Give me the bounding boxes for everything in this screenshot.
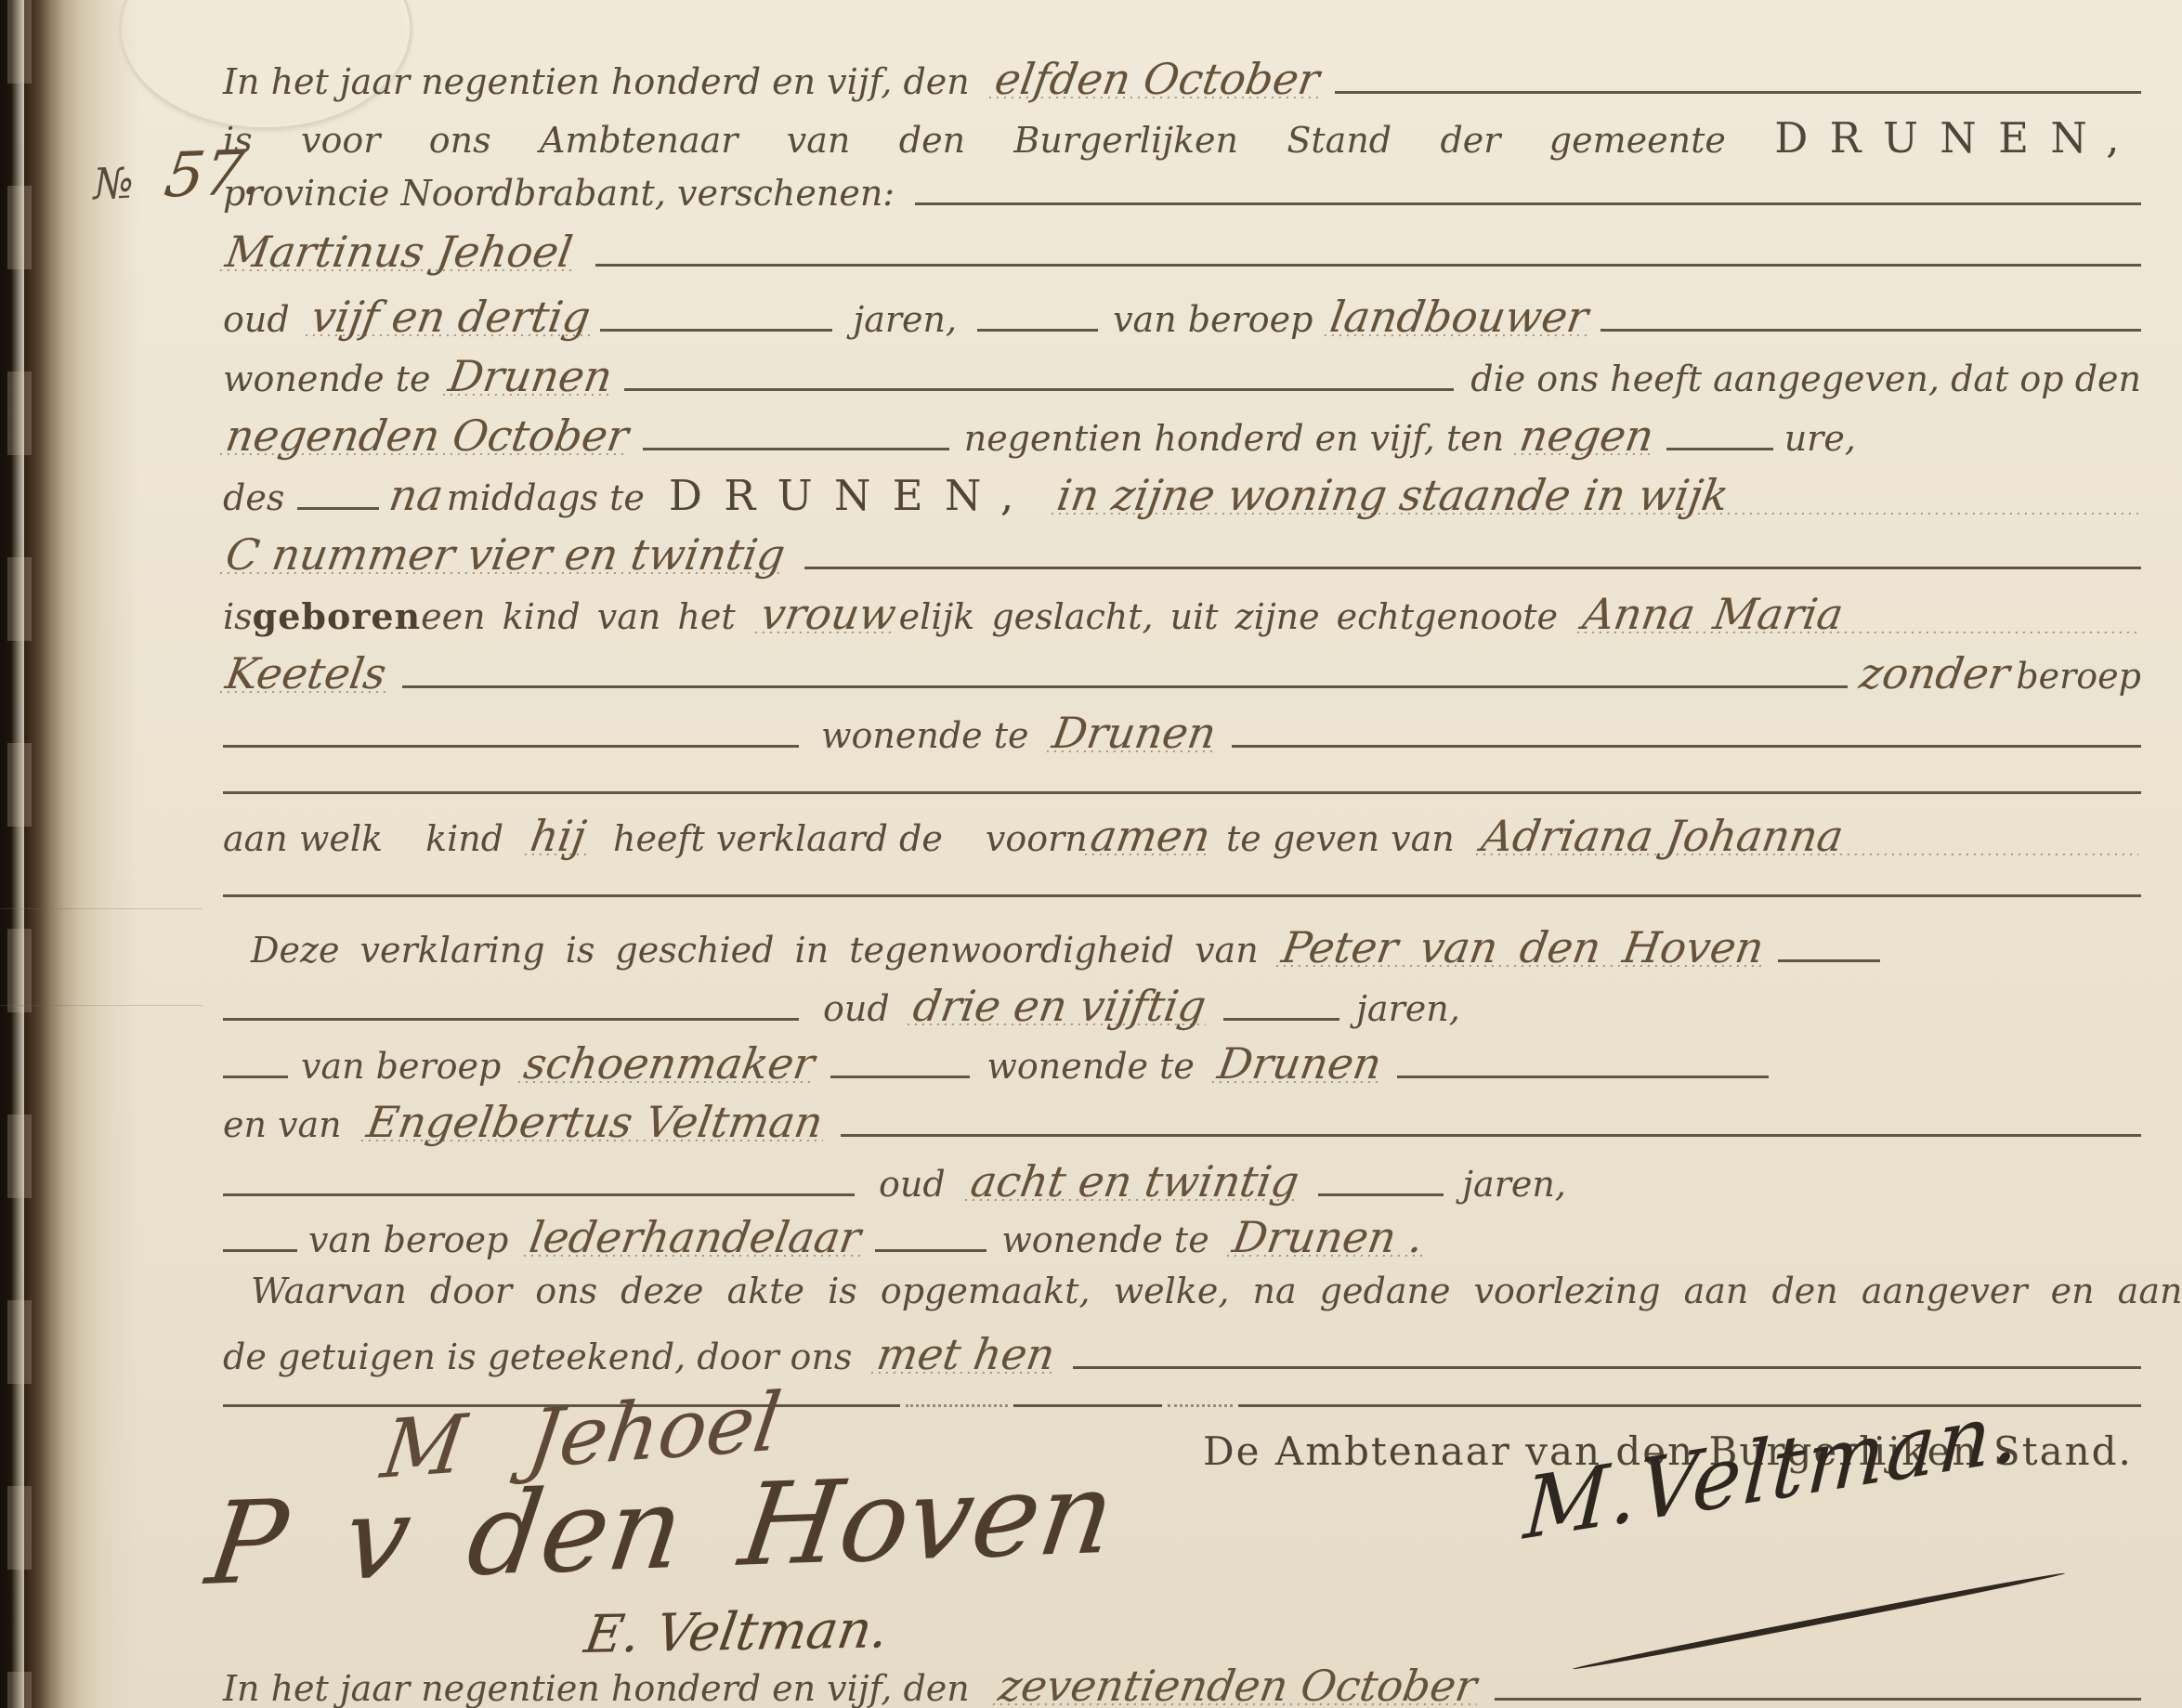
printed-text: des (223, 477, 284, 518)
handwritten-text: zonder (1852, 648, 2016, 698)
printed-text: oud (223, 299, 290, 340)
dotted-rule (906, 1404, 1008, 1407)
paper-edge-texture (7, 0, 32, 1708)
handwritten-text: vrouw (753, 589, 903, 639)
handwritten-text: Drunen (1211, 1038, 1389, 1089)
rule-line (915, 202, 2141, 205)
printed-text: wonende te (1001, 1219, 1209, 1260)
printed-text: voorn (986, 818, 1088, 859)
printed-text: ons (429, 120, 491, 161)
printed-text: beroep (2016, 656, 2141, 697)
act-line-11: Keetelszonderberoep (223, 648, 2141, 698)
act-line-14: aan welkkindhijheeft verklaard devoornam… (223, 811, 2141, 861)
act-line-6: wonende teDrunendie ons heeft aangegeven… (223, 351, 2141, 401)
act-line-17: ouddrie en vijftigjaren, (223, 981, 2141, 1031)
rule-line (830, 1076, 970, 1078)
printed-text: der (1440, 120, 1500, 161)
act-line-21: van beroeplederhandelaarwonende teDrunen… (223, 1212, 2141, 1262)
dotted-rule (1168, 1404, 1233, 1407)
rule-line (1778, 959, 1880, 962)
printed-text: de getuigen is geteekend, door ons (223, 1336, 852, 1377)
handwritten-text: Anna Maria (1576, 589, 2146, 639)
margin-ruling (0, 1005, 203, 1006)
rule-line (1223, 1018, 1339, 1021)
printed-text: wonende te (986, 1046, 1195, 1087)
printed-text: Stand (1287, 120, 1392, 161)
rule-line (841, 1134, 2141, 1137)
rule-line (1335, 91, 2141, 94)
handwritten-text: Keetels (219, 648, 394, 698)
signature-witness-2: E. Veltman. (581, 1599, 893, 1665)
act-line-8: desnamiddags teDRUNEN,in zijne woning st… (223, 470, 2141, 520)
printed-text: is (223, 120, 253, 161)
handwritten-text: Peter van den Hoven (1274, 922, 1770, 972)
printed-text: jaren, (1462, 1164, 1566, 1205)
rule-line (297, 507, 379, 510)
printed-text: heeft verklaard de (613, 818, 943, 859)
signature-registrar: M.Veltman. (1522, 1381, 2023, 1559)
printed-text: DRUNEN, (1774, 113, 2141, 163)
act-line-25: In het jaar negentien honderd en vijf, d… (223, 1661, 2141, 1708)
numero-symbol: № (92, 158, 134, 209)
printed-text: te geven van (1226, 818, 1455, 859)
margin-ruling (0, 908, 203, 909)
handwritten-text: lederhandelaar (523, 1212, 868, 1262)
handwritten-text: elfden October (987, 54, 1326, 104)
printed-text: In het jaar negentien honderd en vijf, d… (223, 1668, 970, 1708)
signature-witness-1: P v den Hoven (200, 1446, 1122, 1610)
rule-line (223, 1076, 288, 1078)
printed-text: Deze verklaring is geschied in tegenwoor… (251, 930, 1259, 971)
printed-text: negentien honderd en vijf, ten (964, 418, 1504, 459)
handwritten-text: na (383, 470, 451, 520)
rule-line (804, 567, 2141, 569)
printed-text: is (223, 596, 253, 637)
rule-line (875, 1249, 986, 1252)
rule-line (643, 448, 949, 450)
act-line-10: is geboren een kind van hetvrouwelijk ge… (223, 589, 2141, 639)
act-line-7: negenden Octobernegentien honderd en vij… (223, 411, 2141, 461)
rule-line (1397, 1076, 1769, 1078)
handwritten-text: Drunen (441, 351, 619, 401)
printed-text: jaren, (853, 299, 957, 340)
rule-line (1601, 329, 2141, 332)
rule-line (1232, 745, 2141, 748)
rule-line (223, 894, 2141, 897)
printed-text: DRUNEN, (669, 471, 1036, 520)
handwritten-text: Adriana Johanna (1474, 811, 2145, 861)
act-line-12: wonende teDrunen (223, 708, 2141, 758)
act-line-2: isvooronsAmbtenaarvandenBurgerlijkenStan… (223, 113, 2141, 163)
printed-text: oud (823, 988, 890, 1029)
rule-line (1495, 1698, 2141, 1701)
printed-text: elijk geslacht, uit zijne echtgenoote (899, 596, 1558, 637)
act-line-4: Martinus Jehoel (223, 227, 2141, 277)
printed-text: wonende te (223, 359, 431, 399)
printed-text: aan welk (223, 818, 383, 859)
handwritten-text: Drunen (1045, 708, 1222, 758)
act-line-1: In het jaar negentien honderd en vijf, d… (223, 54, 2141, 104)
handwritten-text: schoenmaker (517, 1038, 822, 1089)
handwritten-text: met hen (870, 1329, 1062, 1379)
printed-text: van beroep (1113, 299, 1313, 340)
printed-text: In het jaar negentien honderd en vijf, d… (223, 61, 970, 102)
printed-text: voor (301, 120, 380, 161)
act-line-16: Deze verklaring is geschied in tegenwoor… (223, 922, 2141, 972)
printed-text: gemeente (1549, 120, 1726, 161)
printed-text: middags te (447, 477, 645, 518)
rule-line (600, 329, 832, 332)
printed-text: kind (425, 818, 503, 859)
printed-text: die ons heeft aangegeven, dat op den (1470, 359, 2141, 399)
rule-line (977, 329, 1098, 332)
rule-line (1666, 448, 1773, 450)
act-line-9: C nummer vier en twintig (223, 529, 2141, 580)
rule-line (402, 685, 1848, 688)
printed-text: jaren, (1356, 988, 1460, 1029)
rule-line (223, 1249, 297, 1252)
printed-text: Ambtenaar (540, 120, 738, 161)
printed-text: ure, (1784, 418, 1856, 459)
rule-line (223, 1193, 855, 1196)
rule-line (223, 791, 2141, 794)
handwritten-text: Engelbertus Veltman (359, 1097, 830, 1147)
handwritten-text: hij (524, 811, 594, 861)
printed-text: en van (223, 1104, 342, 1145)
printed-text: van (787, 120, 851, 161)
handwritten-text: acht en twintig (963, 1156, 1305, 1206)
act-line-15 (223, 894, 2141, 897)
printed-text: Waarvan door ons deze akte is opgemaakt,… (251, 1271, 2182, 1311)
printed-text: een kind van het (421, 596, 736, 637)
printed-text: wonende te (821, 715, 1029, 756)
printed-text: den (899, 120, 965, 161)
printed-text: van beroep (308, 1219, 508, 1260)
handwritten-text: amen (1083, 811, 1217, 861)
handwritten-text: negenden October (219, 411, 635, 461)
handwritten-text: negen (1513, 411, 1661, 461)
act-line-18: van beroepschoenmakerwonende teDrunen (223, 1038, 2141, 1089)
handwritten-text: landbouwer (1324, 292, 1595, 342)
act-line-20: oudacht en twintigjaren, (223, 1156, 2141, 1206)
rule-line (1013, 1404, 1162, 1407)
rule-line (1073, 1366, 2141, 1369)
act-line-23: de getuigen is geteekend, door onsmet he… (223, 1329, 2141, 1379)
printed-text: Burgerlijken (1013, 120, 1238, 161)
act-line-13 (223, 791, 2141, 794)
handwritten-text: Drunen . (1225, 1212, 1430, 1262)
handwritten-text: zeventienden October (991, 1661, 1483, 1708)
rule-line (1318, 1193, 1444, 1196)
handwritten-text: vijf en dertig (304, 292, 596, 342)
rule-line (223, 745, 799, 748)
act-line-5: oudvijf en dertigjaren,van beroeplandbou… (223, 292, 2141, 342)
printed-text: oud (879, 1164, 946, 1205)
signature-flourish (1572, 1571, 2065, 1673)
birth-certificate-scan: № 57. In het jaar negentien honderd en v… (0, 0, 2182, 1708)
rule-line (595, 264, 2141, 267)
handwritten-text: C nummer vier en twintig (219, 529, 792, 580)
printed-text: provincie Noordbrabant, verschenen: (223, 173, 895, 214)
handwritten-text: Martinus Jehoel (219, 227, 580, 277)
rule-line (223, 1018, 799, 1021)
printed-text: van beroep (301, 1046, 501, 1087)
act-line-19: en vanEngelbertus Veltman (223, 1097, 2141, 1147)
act-line-3: provincie Noordbrabant, verschenen: (223, 173, 2141, 214)
handwritten-text: drie en vijftig (906, 981, 1212, 1031)
handwritten-text: in zijne woning staande in wijk (1050, 470, 2145, 520)
act-line-22: Waarvan door ons deze akte is opgemaakt,… (223, 1271, 2141, 1311)
printed-text: geboren (253, 595, 422, 637)
rule-line (624, 388, 1454, 391)
